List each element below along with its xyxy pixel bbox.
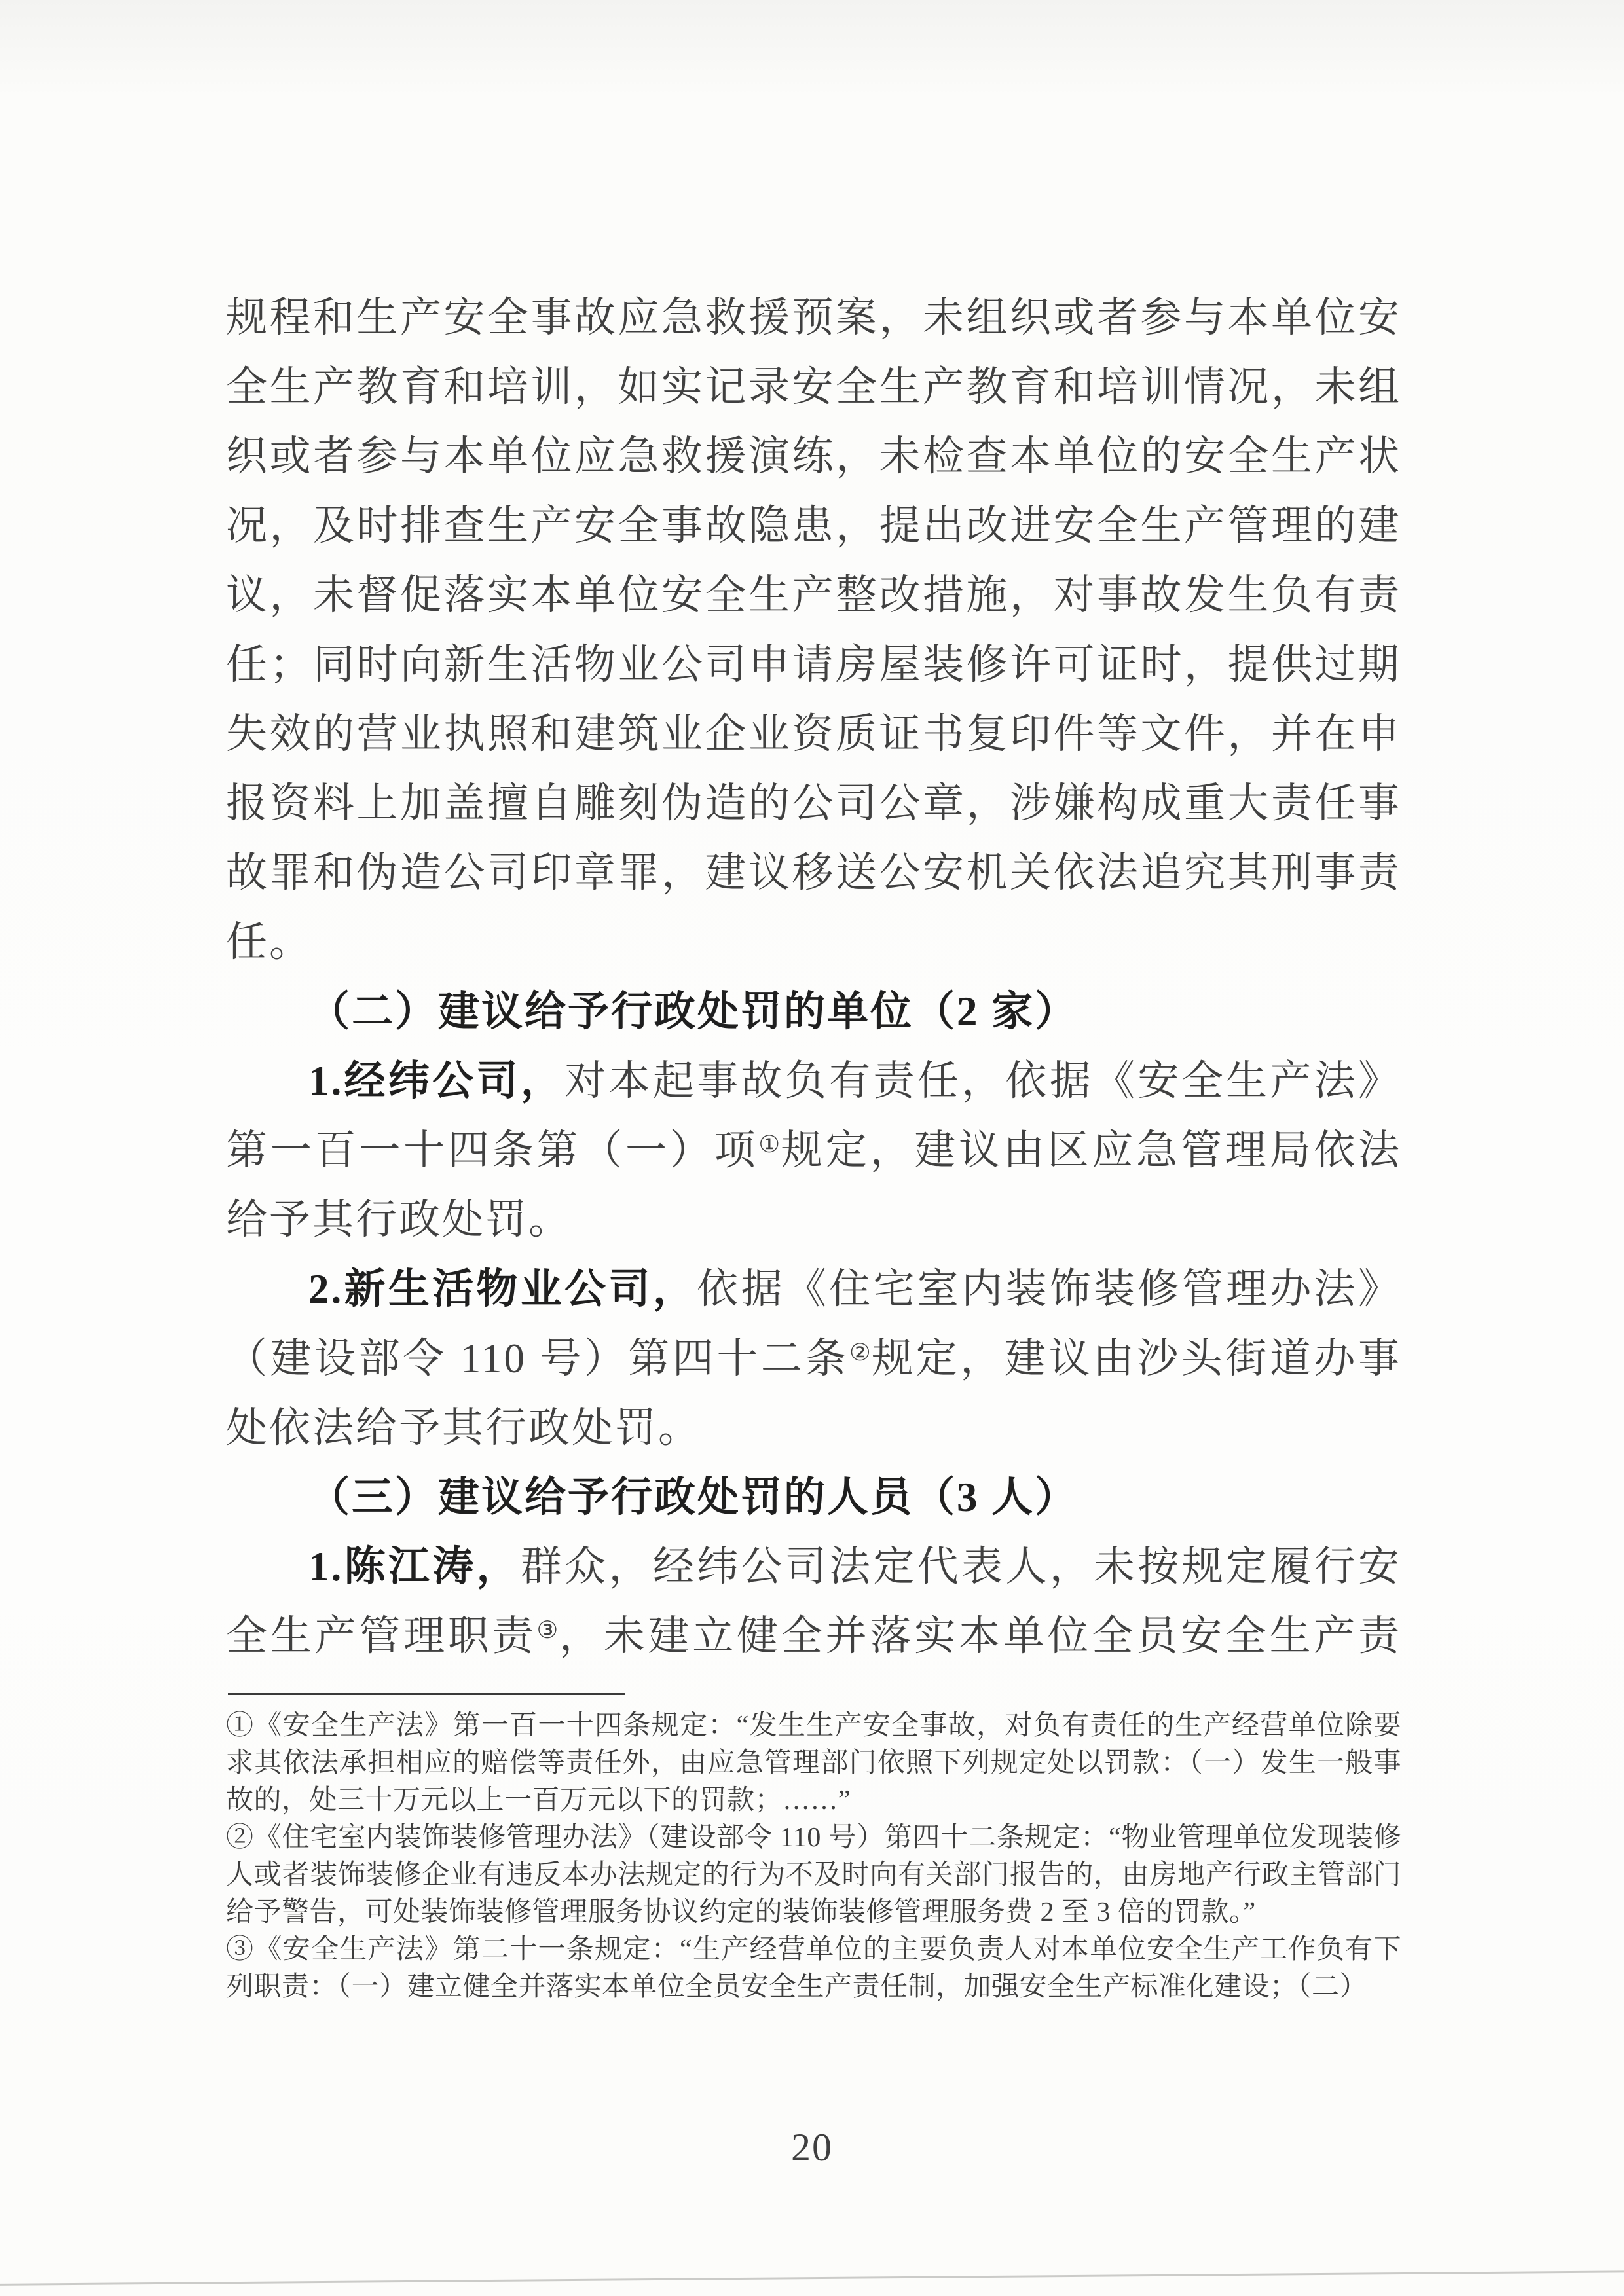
footnote-2-text: 《住宅室内装饰装修管理办法》（建设部令 110 号）第四十二条规定：“物业管理单… [226,1823,1401,1927]
body-paragraph-unit-1: 1.经纬公司，对本起事故负有责任，依据《安全生产法》第一百一十四条第（一）项①规… [226,1046,1401,1254]
body-paragraph-person-1: 1.陈江涛，群众，经纬公司法定代表人，未按规定履行安全生产管理职责③，未建立健全… [226,1532,1401,1677]
document-page: 规程和生产安全事故应急救援预案，未组织或者参与本单位安全生产教育和培训，如实记录… [0,0,1624,2296]
body-paragraph-unit-2: 2.新生活物业公司，依据《住宅室内装饰装修管理办法》（建设部令 110 号）第四… [226,1254,1401,1463]
footnote-2: ②《住宅室内装饰装修管理办法》（建设部令 110 号）第四十二条规定：“物业管理… [226,1819,1401,1931]
footnote-3-text: 《安全生产法》第二十一条规定：“生产经营单位的主要负责人对本单位安全生产工作负有… [226,1935,1401,2002]
page-edge-shadow [0,2270,1624,2286]
footnote-1: ①《安全生产法》第一百一十四条规定：“发生生产安全事故，对负有责任的生产经营单位… [226,1707,1401,1819]
section-heading-units: （二）建议给予行政处罚的单位（2 家） [226,977,1401,1046]
person-1-name: 1.陈江涛， [308,1544,521,1590]
footnote-ref-1: ① [758,1131,781,1157]
footnote-ref-3: ③ [536,1616,559,1643]
footnote-3-marker: ③ [226,1935,254,1965]
footnote-separator [228,1693,625,1695]
footnote-2-marker: ② [226,1823,254,1853]
unit-2-name: 2.新生活物业公司， [308,1266,697,1312]
document-body: 规程和生产安全事故应急救援预案，未组织或者参与本单位安全生产教育和培训，如实记录… [226,283,1401,1677]
footnotes-block: ①《安全生产法》第一百一十四条规定：“发生生产安全事故，对负有责任的生产经营单位… [226,1707,1401,2006]
unit-1-name: 1.经纬公司， [308,1058,564,1104]
footnote-3: ③《安全生产法》第二十一条规定：“生产经营单位的主要负责人对本单位安全生产工作负… [226,1931,1401,2006]
footnote-1-text: 《安全生产法》第一百一十四条规定：“发生生产安全事故，对负有责任的生产经营单位除… [226,1711,1401,1815]
section-heading-persons: （三）建议给予行政处罚的人员（3 人） [226,1463,1401,1532]
body-paragraph-continuation: 规程和生产安全事故应急救援预案，未组织或者参与本单位安全生产教育和培训，如实记录… [226,283,1401,977]
footnote-1-marker: ① [226,1711,254,1741]
footnote-ref-2: ② [849,1339,872,1366]
page-number: 20 [0,2125,1624,2170]
